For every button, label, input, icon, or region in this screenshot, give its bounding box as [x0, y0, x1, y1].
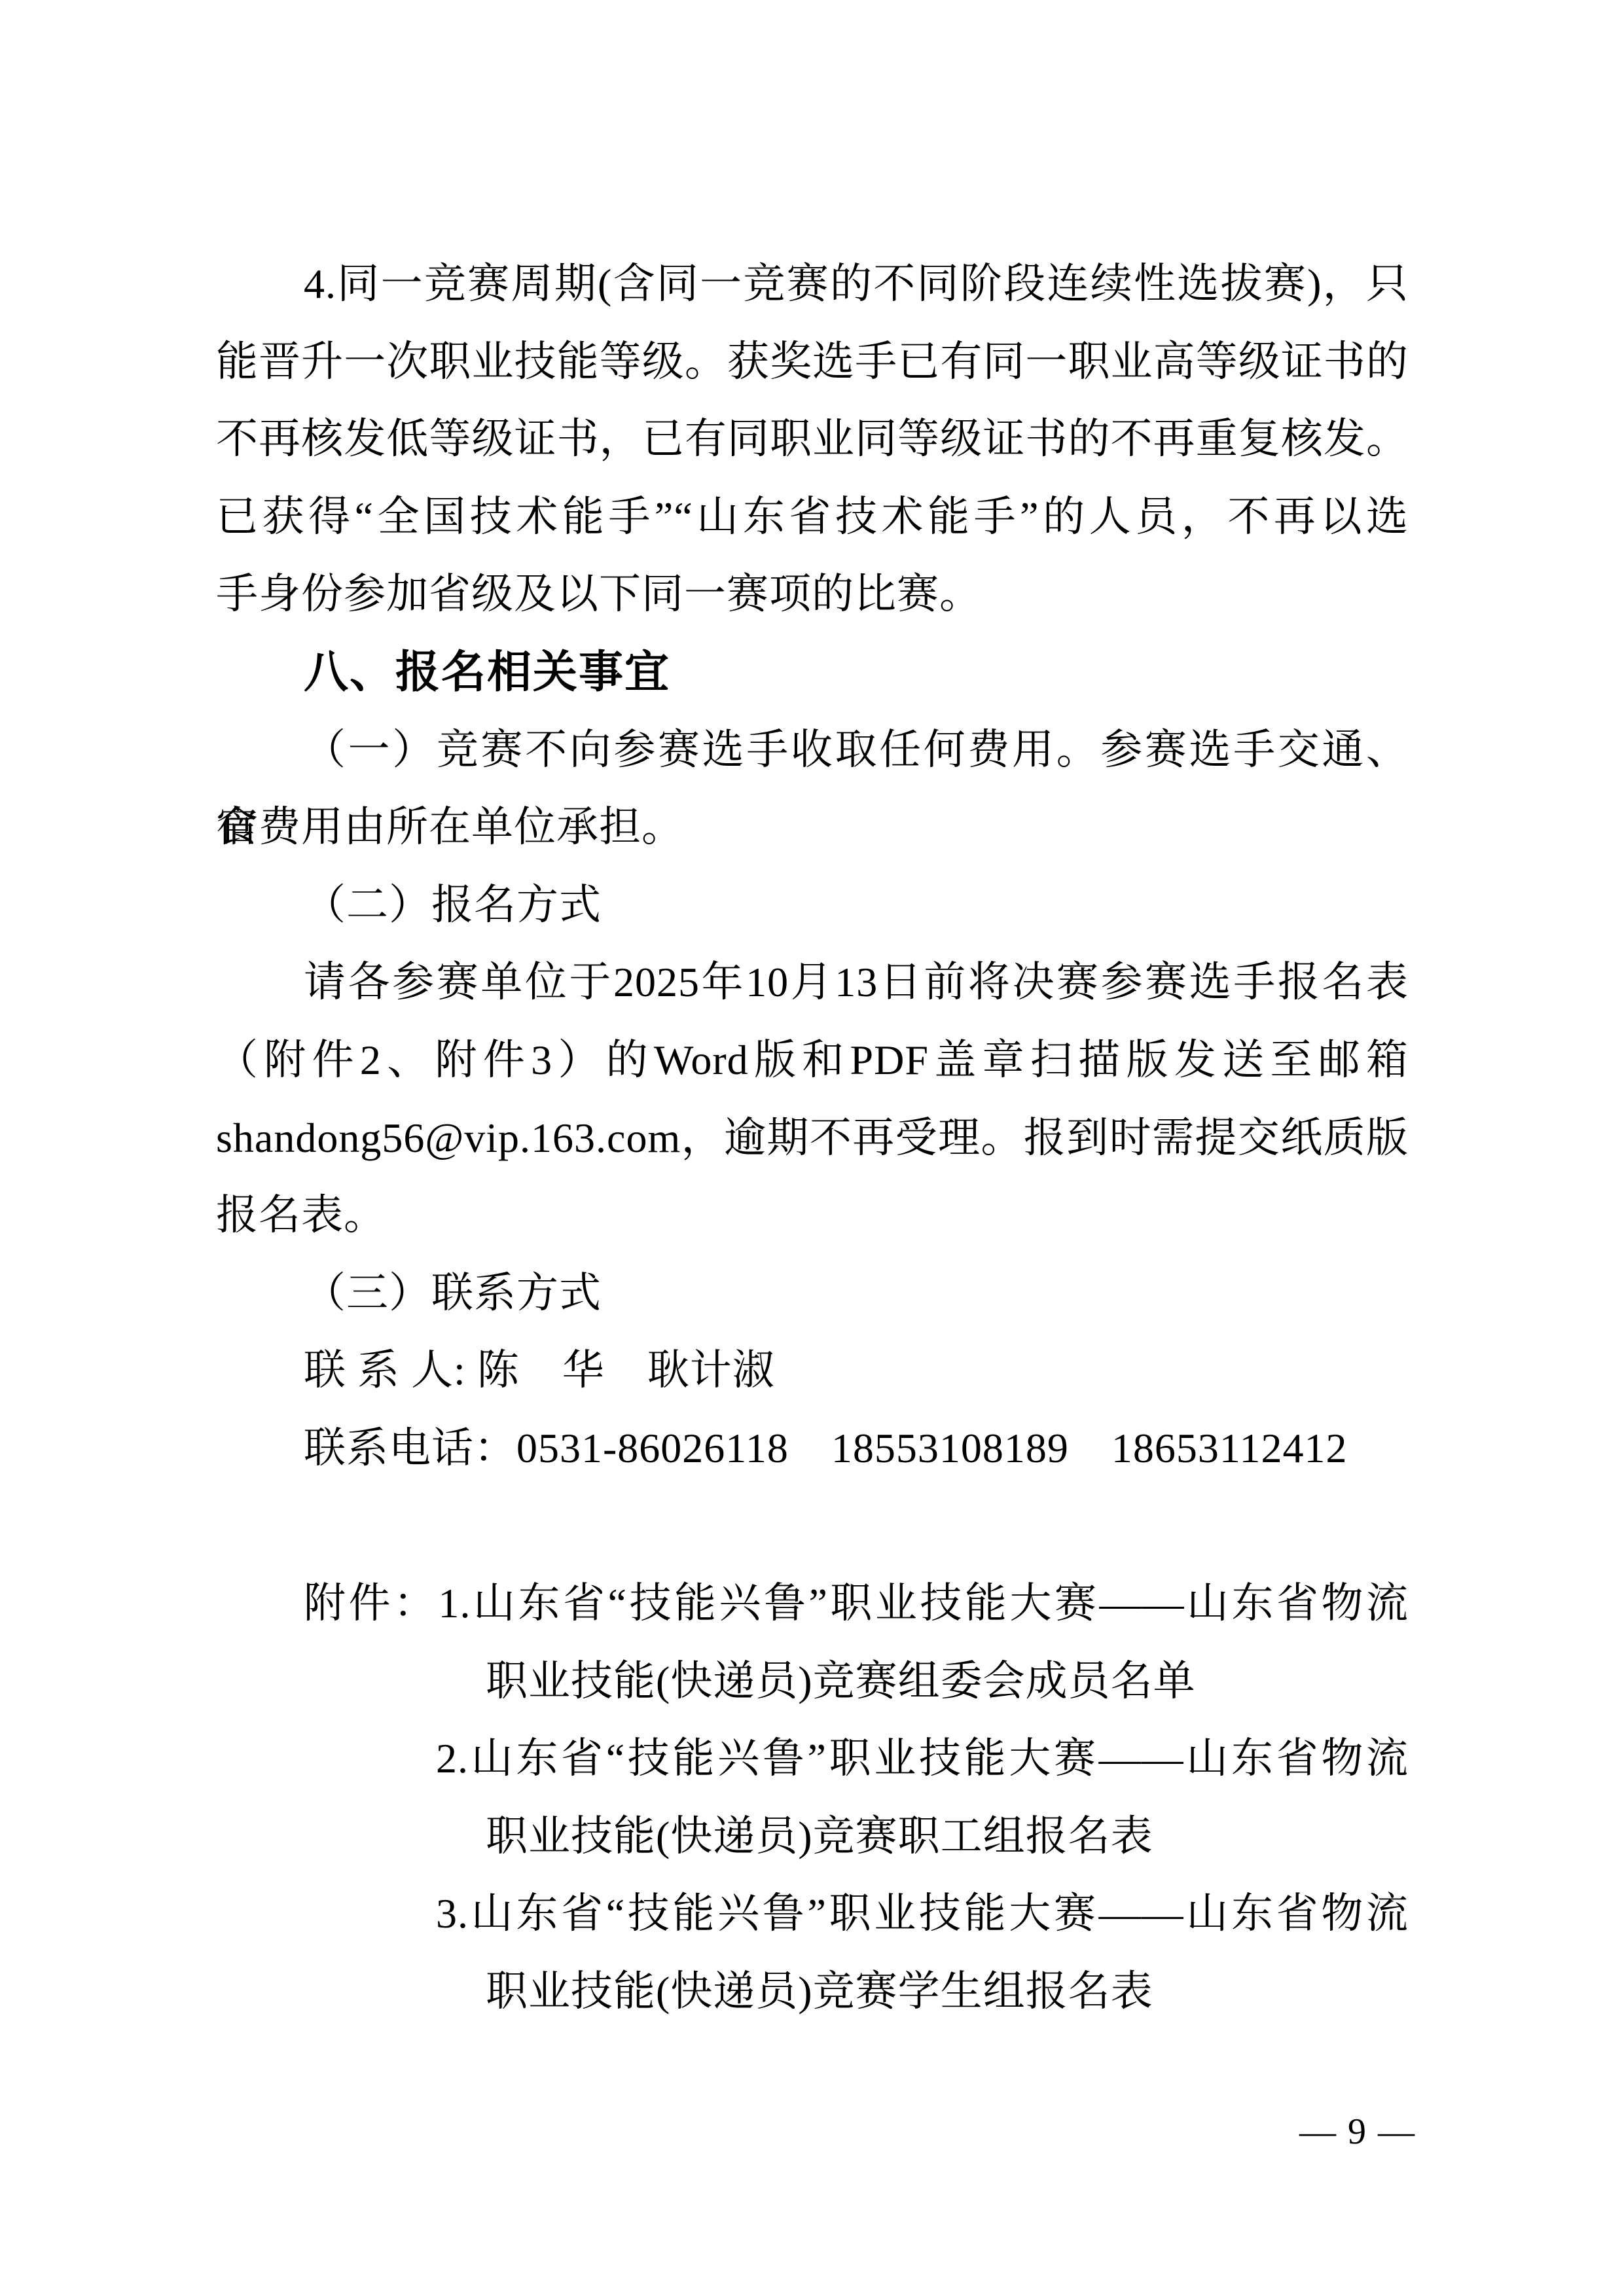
text-line: 职业技能(快递员)竞赛职工组报名表 — [486, 1798, 1409, 1876]
text-line: 报名表。 — [216, 1177, 1409, 1255]
document-body: 4.同一竞赛周期(含同一竞赛的不同阶段连续性选拔赛)，只能晋升一次职业技能等级。… — [216, 245, 1409, 2031]
section-heading: 八、报名相关事宜 — [216, 634, 1409, 711]
document-page: 4.同一竞赛周期(含同一竞赛的不同阶段连续性选拔赛)，只能晋升一次职业技能等级。… — [0, 0, 1624, 2296]
text-line: 附件：1.山东省“技能兴鲁”职业技能大赛——山东省物流 — [216, 1565, 1409, 1643]
text-line: 不再核发低等级证书，已有同职业同等级证书的不再重复核发。 — [216, 401, 1409, 478]
text-line: 已获得“全国技术能手”“山东省技术能手”的人员，不再以选 — [216, 478, 1409, 556]
text-line: 请各参赛单位于2025年10月13日前将决赛参赛选手报名表 — [216, 944, 1409, 1022]
text-line: 能晋升一次职业技能等级。获奖选手已有同一职业高等级证书的 — [216, 323, 1409, 401]
text-line: shandong56@vip.163.com，逾期不再受理。报到时需提交纸质版 — [216, 1100, 1409, 1177]
text-line: 联系电话：0531-86026118 18553108189 186531124… — [216, 1410, 1409, 1488]
text-line: （一）竞赛不向参赛选手收取任何费用。参赛选手交通、食 — [216, 711, 1409, 789]
text-line: （附件2、附件3）的Word版和PDF盖章扫描版发送至邮箱 — [216, 1022, 1409, 1100]
text-line: 4.同一竞赛周期(含同一竞赛的不同阶段连续性选拔赛)，只 — [216, 245, 1409, 323]
page-number: — 9 — — [1299, 2109, 1416, 2155]
text-line: 3.山东省“技能兴鲁”职业技能大赛——山东省物流 — [436, 1875, 1409, 1953]
text-line: 联 系 人: 陈 华 耿计淑 — [216, 1332, 1409, 1410]
text-line: 职业技能(快递员)竞赛组委会成员名单 — [486, 1643, 1409, 1721]
text-line: 职业技能(快递员)竞赛学生组报名表 — [486, 1953, 1409, 2031]
text-line: （三）联系方式 — [216, 1255, 1409, 1333]
text-line: 手身份参加省级及以下同一赛项的比赛。 — [216, 556, 1409, 634]
text-line: （二）报名方式 — [216, 867, 1409, 944]
text-line: 宿费用由所在单位承担。 — [216, 789, 1409, 867]
text-line: 2.山东省“技能兴鲁”职业技能大赛——山东省物流 — [436, 1720, 1409, 1798]
blank-line — [216, 1488, 1409, 1566]
